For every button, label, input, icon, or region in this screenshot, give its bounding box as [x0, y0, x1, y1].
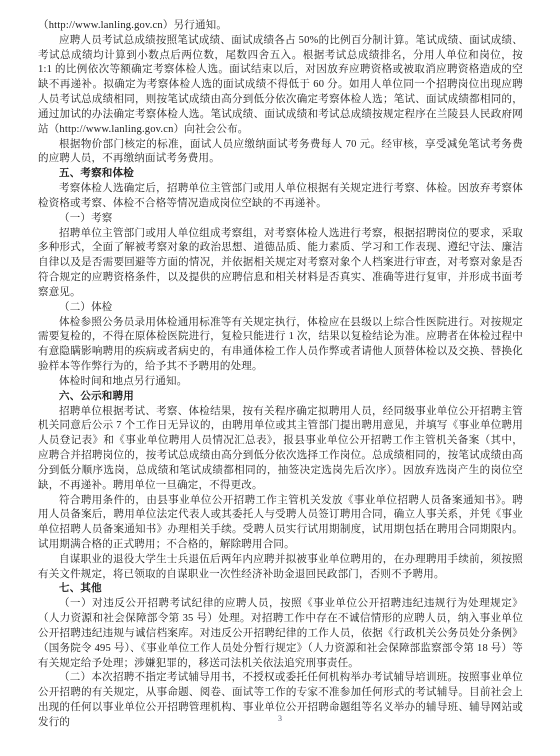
- paragraph-veteran-students: 自谋职业的退役大学生士兵退伍后两年内应聘并拟被事业单位聘用的，在办理聘用手续前，…: [38, 553, 523, 583]
- paragraph-employment-contract: 符合聘用条件的，由县事业单位公开招聘工作主管机关发放《事业单位招聘人员备案通知书…: [38, 494, 523, 553]
- section-heading-others: 七、其他: [38, 582, 523, 597]
- paragraph-notice-continuation: （http://www.lanling.gov.cn）另行通知。: [38, 19, 523, 34]
- paragraph-inspection-selection: 考察体检人选确定后，招聘单位主管部门或用人单位根据有关规定进行考察、体检。因放弃…: [38, 182, 523, 212]
- document-page: （http://www.lanling.gov.cn）另行通知。 应聘人员考试总…: [0, 0, 560, 756]
- section-heading-inspection-physical: 五、考察和体检: [38, 167, 523, 182]
- paragraph-discipline-violation: （一）对违反公开招聘考试纪律的应聘人员，按照《事业单位公开招聘违纪违规行为处理规…: [38, 597, 523, 671]
- paragraph-physical-exam-notice: 体检时间和地点另行通知。: [38, 375, 523, 390]
- paragraph-interview-fee: 根据物价部门核定的标准，面试人员应缴纳面试考务费每人 70 元。经审核，享受减免…: [38, 138, 523, 168]
- paragraph-employment-procedure: 招聘单位根据考试、考察、体检结果，按有关程序确定拟聘用人员，经同级事业单位公开招…: [38, 405, 523, 494]
- paragraph-physical-exam-rules: 体检参照公务员录用体检通用标准等有关规定执行，体检应在县级以上综合性医院进行。对…: [38, 316, 523, 375]
- subsection-heading-physical-exam: （二）体检: [38, 301, 523, 316]
- page-number: 3: [0, 714, 560, 723]
- subsection-heading-inspection: （一）考察: [38, 212, 523, 227]
- paragraph-score-calculation: 应聘人员考试总成绩按照笔试成绩、面试成绩各占 50%的比例百分制计算。笔试成绩、…: [38, 34, 523, 138]
- paragraph-inspection-process: 招聘单位主管部门或用人单位组成考察组，对考察体检人选进行考察，根据招聘岗位的要求…: [38, 227, 523, 301]
- document-body: （http://www.lanling.gov.cn）另行通知。 应聘人员考试总…: [38, 19, 523, 731]
- section-heading-publicity-employment: 六、公示和聘用: [38, 390, 523, 405]
